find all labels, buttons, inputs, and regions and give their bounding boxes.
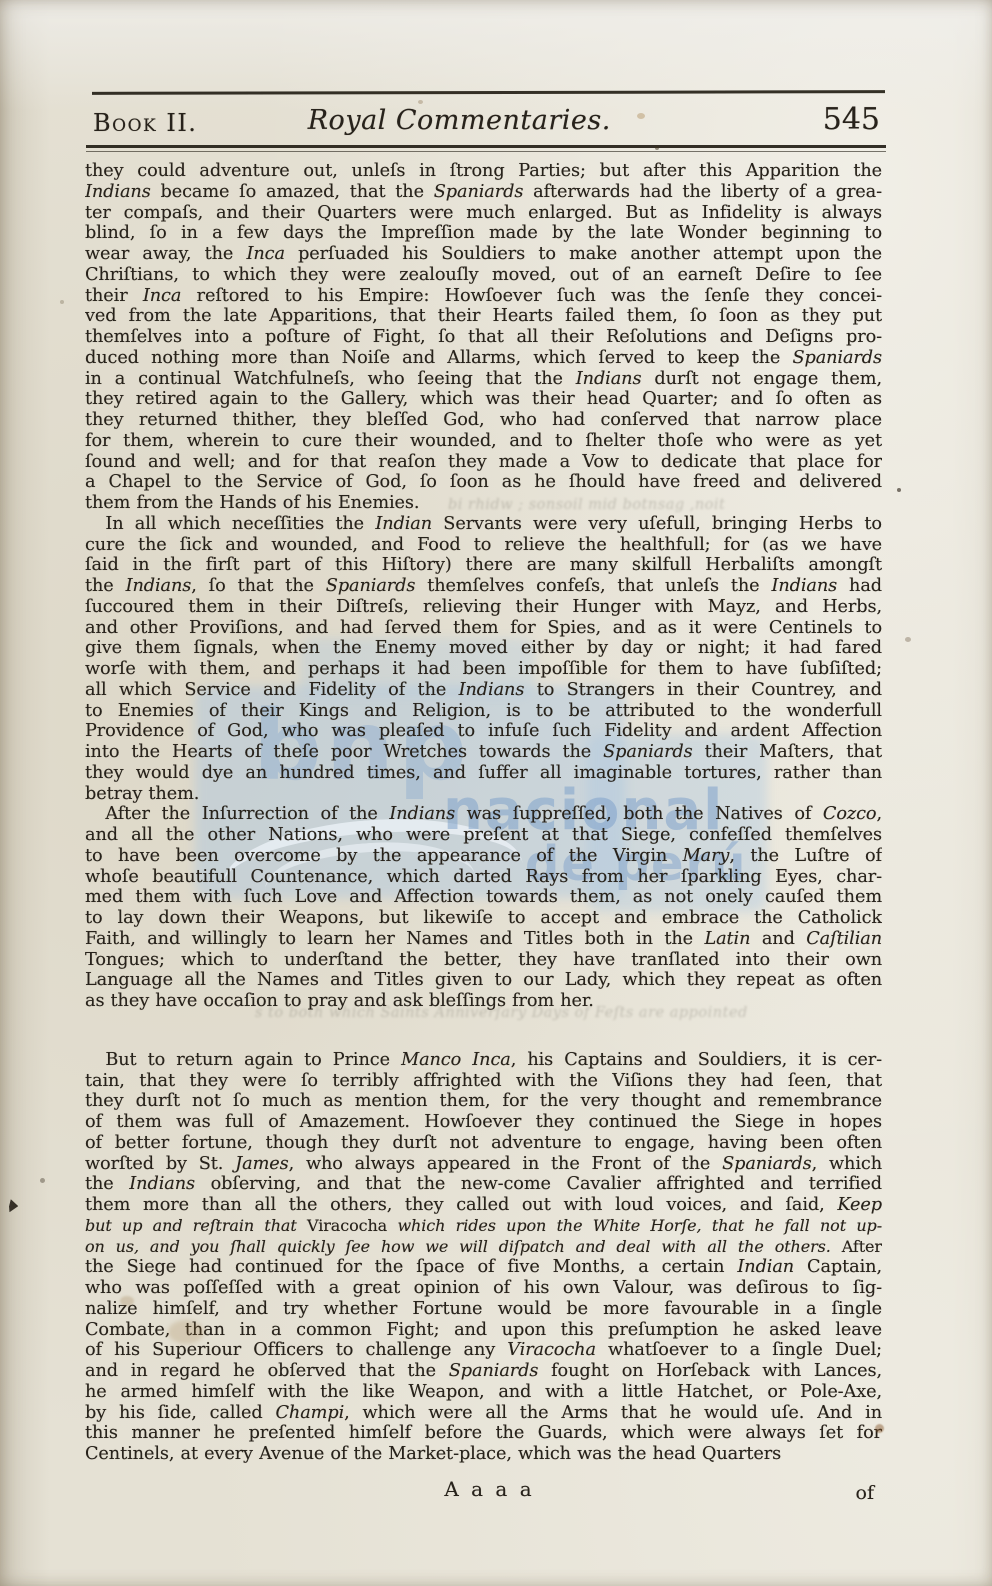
text-line: into the Hearts of theſe poor Wretches t… (85, 742, 882, 763)
text-line: this manner he preſented himſelf before … (85, 1423, 882, 1444)
text-line: in a continual Watchfulneſs, who ſeeing … (85, 369, 882, 390)
stain-spot (40, 1178, 45, 1183)
text-line: worſted by St. James, who always appeare… (85, 1154, 882, 1175)
text-line: betray them. (85, 784, 882, 805)
text-line: them more than all the others, they call… (85, 1195, 882, 1216)
text-line: After the Inſurrection of the Indians wa… (85, 804, 882, 825)
text-line: Indians became ſo amazed, that the Spani… (85, 182, 882, 203)
text-line: med them with ſuch Love and Affection to… (85, 887, 882, 908)
running-title: Royal Commentaries. (308, 105, 611, 136)
stain-spot (60, 300, 64, 304)
text-line: Tongues; which to underſtand the better,… (85, 950, 882, 971)
text-line: the Indians, ſo that the Spaniards themſ… (85, 576, 882, 597)
text-block: they could adventure out, unleſs in ſtro… (85, 161, 882, 1465)
catchword: of (856, 1482, 874, 1504)
text-line: of his Superiour Officers to challenge a… (85, 1340, 882, 1361)
text-line: but up and reſtrain that Viracocha which… (85, 1216, 882, 1237)
text-line: the Siege had continued for the ſpace of… (85, 1257, 882, 1278)
text-line: to lay down their Weapons, but likewiſe … (85, 908, 882, 929)
text-line: Faith, and willingly to learn her Names … (85, 929, 882, 950)
signature-mark: A a a a (444, 1477, 534, 1501)
text-line: them from the Hands of his Enemies. (85, 493, 882, 514)
text-line: give them ſignals, when the Enemy moved … (85, 638, 882, 659)
text-line: Combate, than in a common Fight; and upo… (85, 1320, 882, 1341)
text-line: a Chapel to the Service of God, ſo ſoon … (85, 472, 882, 493)
text-line: and other Proviſions, and had ſerved the… (85, 618, 882, 639)
text-line: on us, and you ſhall quickly ſee how we … (85, 1237, 882, 1258)
text-line: whoſe beautifull Countenance, which dart… (85, 867, 882, 888)
header-rule-bottom (86, 145, 886, 152)
text-line: and in regard he obſerved that the Spani… (85, 1361, 882, 1382)
text-line: they retired again to the Gallery, which… (85, 389, 882, 410)
book-page: bnp nacional de perú bi rhidw ; sonsoil … (0, 0, 992, 1586)
paragraph: But to return again to Prince Manco Inca… (85, 1050, 882, 1465)
text-line: ved from the late Apparitions, that thei… (85, 306, 882, 327)
text-line: to Enemies of their Kings and Religion, … (85, 701, 882, 722)
text-line: In all which neceſſities the Indian Serv… (85, 514, 882, 535)
page-footer: A a a a of (85, 1477, 882, 1503)
stain-spot (897, 488, 901, 492)
text-line: Language all the Names and Titles given … (85, 970, 882, 991)
text-line: ſound and well; and for that reaſon they… (85, 452, 882, 473)
book-label: Book II. (93, 109, 197, 137)
text-line: ſaid in the firſt part of this Hiſtory) … (85, 555, 882, 576)
text-line: for them, wherein to cure their wounded,… (85, 431, 882, 452)
text-line: they durſt not ſo much as mention them, … (85, 1091, 882, 1112)
text-line: duced nothing more than Noiſe and Allarm… (85, 348, 882, 369)
margin-ink-mark (8, 1199, 20, 1214)
text-line: of better fortune, though they durſt not… (85, 1133, 882, 1154)
text-line: blind, ſo in a few days the Impreſſion m… (85, 223, 882, 244)
text-line: ſuccoured them in their Diſtreſs, reliev… (85, 597, 882, 618)
page-header: Book II. Royal Commentaries. 545 (85, 100, 882, 146)
text-line: all which Service and Fidelity of the In… (85, 680, 882, 701)
text-line: they could adventure out, unleſs in ſtro… (85, 161, 882, 182)
text-line: to have been overcome by the appearance … (85, 846, 882, 867)
text-line: and all the other Nations, who were preſ… (85, 825, 882, 846)
text-line: they returned thither, they bleſſed God,… (85, 410, 882, 431)
paragraph: they could adventure out, unleſs in ſtro… (85, 161, 882, 514)
text-line: cure the ſick and wounded, and Food to r… (85, 535, 882, 556)
text-line: Providence of God, who was pleaſed to in… (85, 721, 882, 742)
text-line: he armed himſelf with the like Weapon, a… (85, 1382, 882, 1403)
text-line: Chriſtians, to which they were zealouſly… (85, 265, 882, 286)
text-line: worſe with them, and perhaps it had been… (85, 659, 882, 680)
text-line: Centinels, at every Avenue of the Market… (85, 1444, 882, 1465)
text-line: of them was full of Amazement. Howſoever… (85, 1112, 882, 1133)
stain-spot (905, 637, 911, 642)
text-line: who was poſſeſſed with a great opinion o… (85, 1278, 882, 1299)
paragraph: In all which neceſſities the Indian Serv… (85, 514, 882, 805)
text-line: tain, that they were ſo terribly affrigh… (85, 1071, 882, 1092)
text-line: nalize himſelf, and try whether Fortune … (85, 1299, 882, 1320)
text-line: they would dye an hundred times, and ſuf… (85, 763, 882, 784)
text-line: ter compaſs, and their Quarters were muc… (85, 203, 882, 224)
text-line: But to return again to Prince Manco Inca… (85, 1050, 882, 1071)
text-line: by his ſide, called Champi, which were a… (85, 1403, 882, 1424)
header-rule-top (92, 90, 885, 95)
page-number: 545 (823, 102, 880, 137)
text-line: wear away, the Inca perſuaded his Souldi… (85, 244, 882, 265)
text-line: their Inca reſtored to his Empire: Howſo… (85, 286, 882, 307)
text-line: the Indians obſerving, and that the new-… (85, 1174, 882, 1195)
text-line: as they have occaſion to pray and ask bl… (85, 991, 882, 1012)
text-line: themſelves into a poſture of Fight, ſo t… (85, 327, 882, 348)
paragraph: After the Inſurrection of the Indians wa… (85, 804, 882, 1012)
